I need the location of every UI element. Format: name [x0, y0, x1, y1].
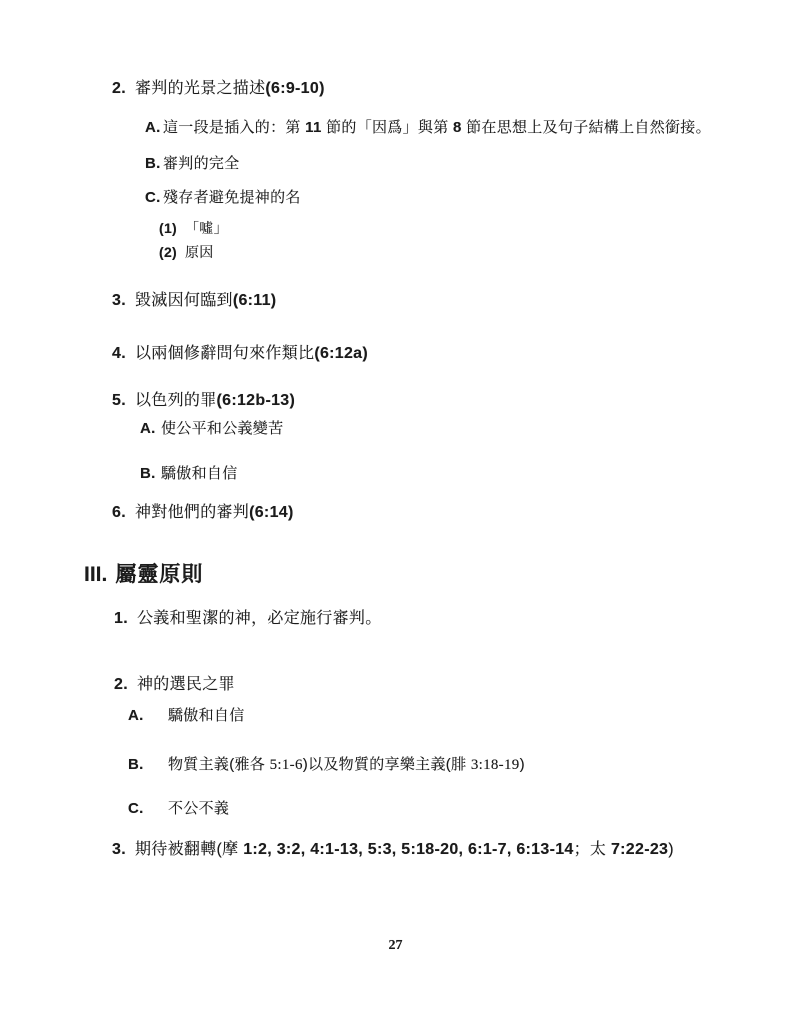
sub-item-5a: A.使公平和公義變苦: [140, 420, 283, 439]
sub-item-2a: A.這一段是插入的：第 11 節的「因爲」與第 8 節在思想上及句子結構上自然銜…: [145, 119, 711, 138]
sub-text: 物質主義(雅各: [168, 756, 270, 773]
item-title: 神對他們的審判: [135, 504, 249, 521]
sub-item-iii-2a: A.驕傲和自信: [128, 707, 245, 726]
item-text: 公義和聖潔的神，必定施行審判。: [137, 610, 382, 627]
verse-number: 5:1-6: [270, 757, 303, 773]
sub-item-2b: B.審判的完全: [145, 155, 240, 174]
sub-letter: C.: [128, 800, 168, 819]
item-title: 審判的光景之描述: [135, 80, 265, 97]
sub-item-5b: B.驕傲和自信: [140, 465, 238, 484]
outline-item-2: 2.審判的光景之描述(6:9-10): [112, 79, 325, 99]
verse-number: 1:2, 3:2, 4:1-13, 5:3, 5:18-20, 6:1-7, 6…: [243, 841, 573, 858]
item-title: 毀滅因何臨到: [135, 292, 233, 309]
verse-number: 7:22-23: [611, 841, 668, 858]
point-2: (2)原因: [159, 244, 214, 262]
verse-number: 3:18-19: [471, 757, 520, 773]
sub-letter: C.: [145, 189, 163, 208]
scripture-ref: (6:12b-13): [217, 392, 296, 409]
item-text: ): [668, 841, 674, 858]
item-number: 6.: [112, 503, 135, 523]
page-number: 27: [0, 938, 791, 954]
scripture-ref: (6:12a): [314, 345, 368, 362]
sub-letter: B.: [140, 465, 161, 484]
sub-item-iii-2b: B.物質主義(雅各 5:1-6)以及物質的享樂主義(腓 3:18-19): [128, 756, 525, 775]
outline-item-iii-3: 3.期待被翻轉(摩 1:2, 3:2, 4:1-13, 5:3, 5:18-20…: [112, 840, 674, 860]
item-text: 期待被翻轉(摩: [135, 841, 243, 858]
outline-item-iii-1: 1.公義和聖潔的神，必定施行審判。: [114, 609, 382, 629]
outline-item-iii-2: 2.神的選民之罪: [114, 675, 235, 695]
document-page: 2.審判的光景之描述(6:9-10) A.這一段是插入的：第 11 節的「因爲」…: [0, 0, 791, 1024]
point-text: 原因: [185, 244, 214, 260]
sub-text: 不公不義: [168, 800, 229, 817]
sub-letter: A.: [140, 420, 161, 439]
item-number: 4.: [112, 344, 135, 364]
point-label: (2): [159, 244, 185, 262]
sub-text: 審判的完全: [163, 155, 240, 172]
item-text: ；太: [574, 841, 611, 858]
sub-text: 節的「因爲」與第: [322, 119, 453, 136]
outline-item-6: 6.神對他們的審判(6:14): [112, 503, 294, 523]
verse-number: 11: [305, 119, 321, 136]
item-number: 2.: [114, 675, 137, 695]
item-number: 1.: [114, 609, 137, 629]
sub-text: ): [520, 756, 525, 773]
sub-text: 殘存者避免提神的名: [163, 189, 301, 206]
sub-item-iii-2c: C.不公不義: [128, 800, 229, 819]
scripture-ref: (6:11): [233, 292, 277, 309]
outline-item-4: 4.以兩個修辭問句來作類比(6:12a): [112, 344, 368, 364]
sub-item-2c: C.殘存者避免提神的名: [145, 189, 301, 208]
sub-text: 驕傲和自信: [168, 707, 245, 724]
section-title: 屬靈原則: [115, 563, 203, 586]
sub-letter: A.: [145, 119, 163, 138]
sub-text: 驕傲和自信: [161, 465, 238, 482]
sub-text: 這一段是插入的：第: [163, 119, 305, 136]
sub-text: 使公平和公義變苦: [161, 420, 283, 437]
section-number: III.: [84, 563, 107, 586]
outline-item-3: 3.毀滅因何臨到(6:11): [112, 291, 276, 311]
item-title: 以色列的罪: [135, 392, 217, 409]
point-1: (1)「噓」: [159, 220, 228, 238]
item-number: 3.: [112, 840, 135, 860]
item-number: 5.: [112, 391, 135, 411]
verse-number: 8: [453, 119, 462, 136]
item-title: 以兩個修辭問句來作類比: [135, 345, 314, 362]
sub-text: 節在思想上及句子結構上自然銜接。: [462, 119, 711, 136]
item-number: 3.: [112, 291, 135, 311]
item-title: 神的選民之罪: [137, 676, 235, 693]
outline-item-5: 5.以色列的罪(6:12b-13): [112, 391, 295, 411]
sub-letter: B.: [145, 155, 163, 174]
sub-letter: A.: [128, 707, 168, 726]
scripture-ref: (6:14): [249, 504, 293, 521]
section-iii-heading: III.屬靈原則: [84, 562, 203, 588]
sub-text: )以及物質的享樂主義(腓: [303, 756, 471, 773]
point-label: (1): [159, 220, 185, 238]
sub-letter: B.: [128, 756, 168, 775]
point-text: 「噓」: [185, 220, 228, 236]
item-number: 2.: [112, 79, 135, 99]
scripture-ref: (6:9-10): [265, 80, 324, 97]
